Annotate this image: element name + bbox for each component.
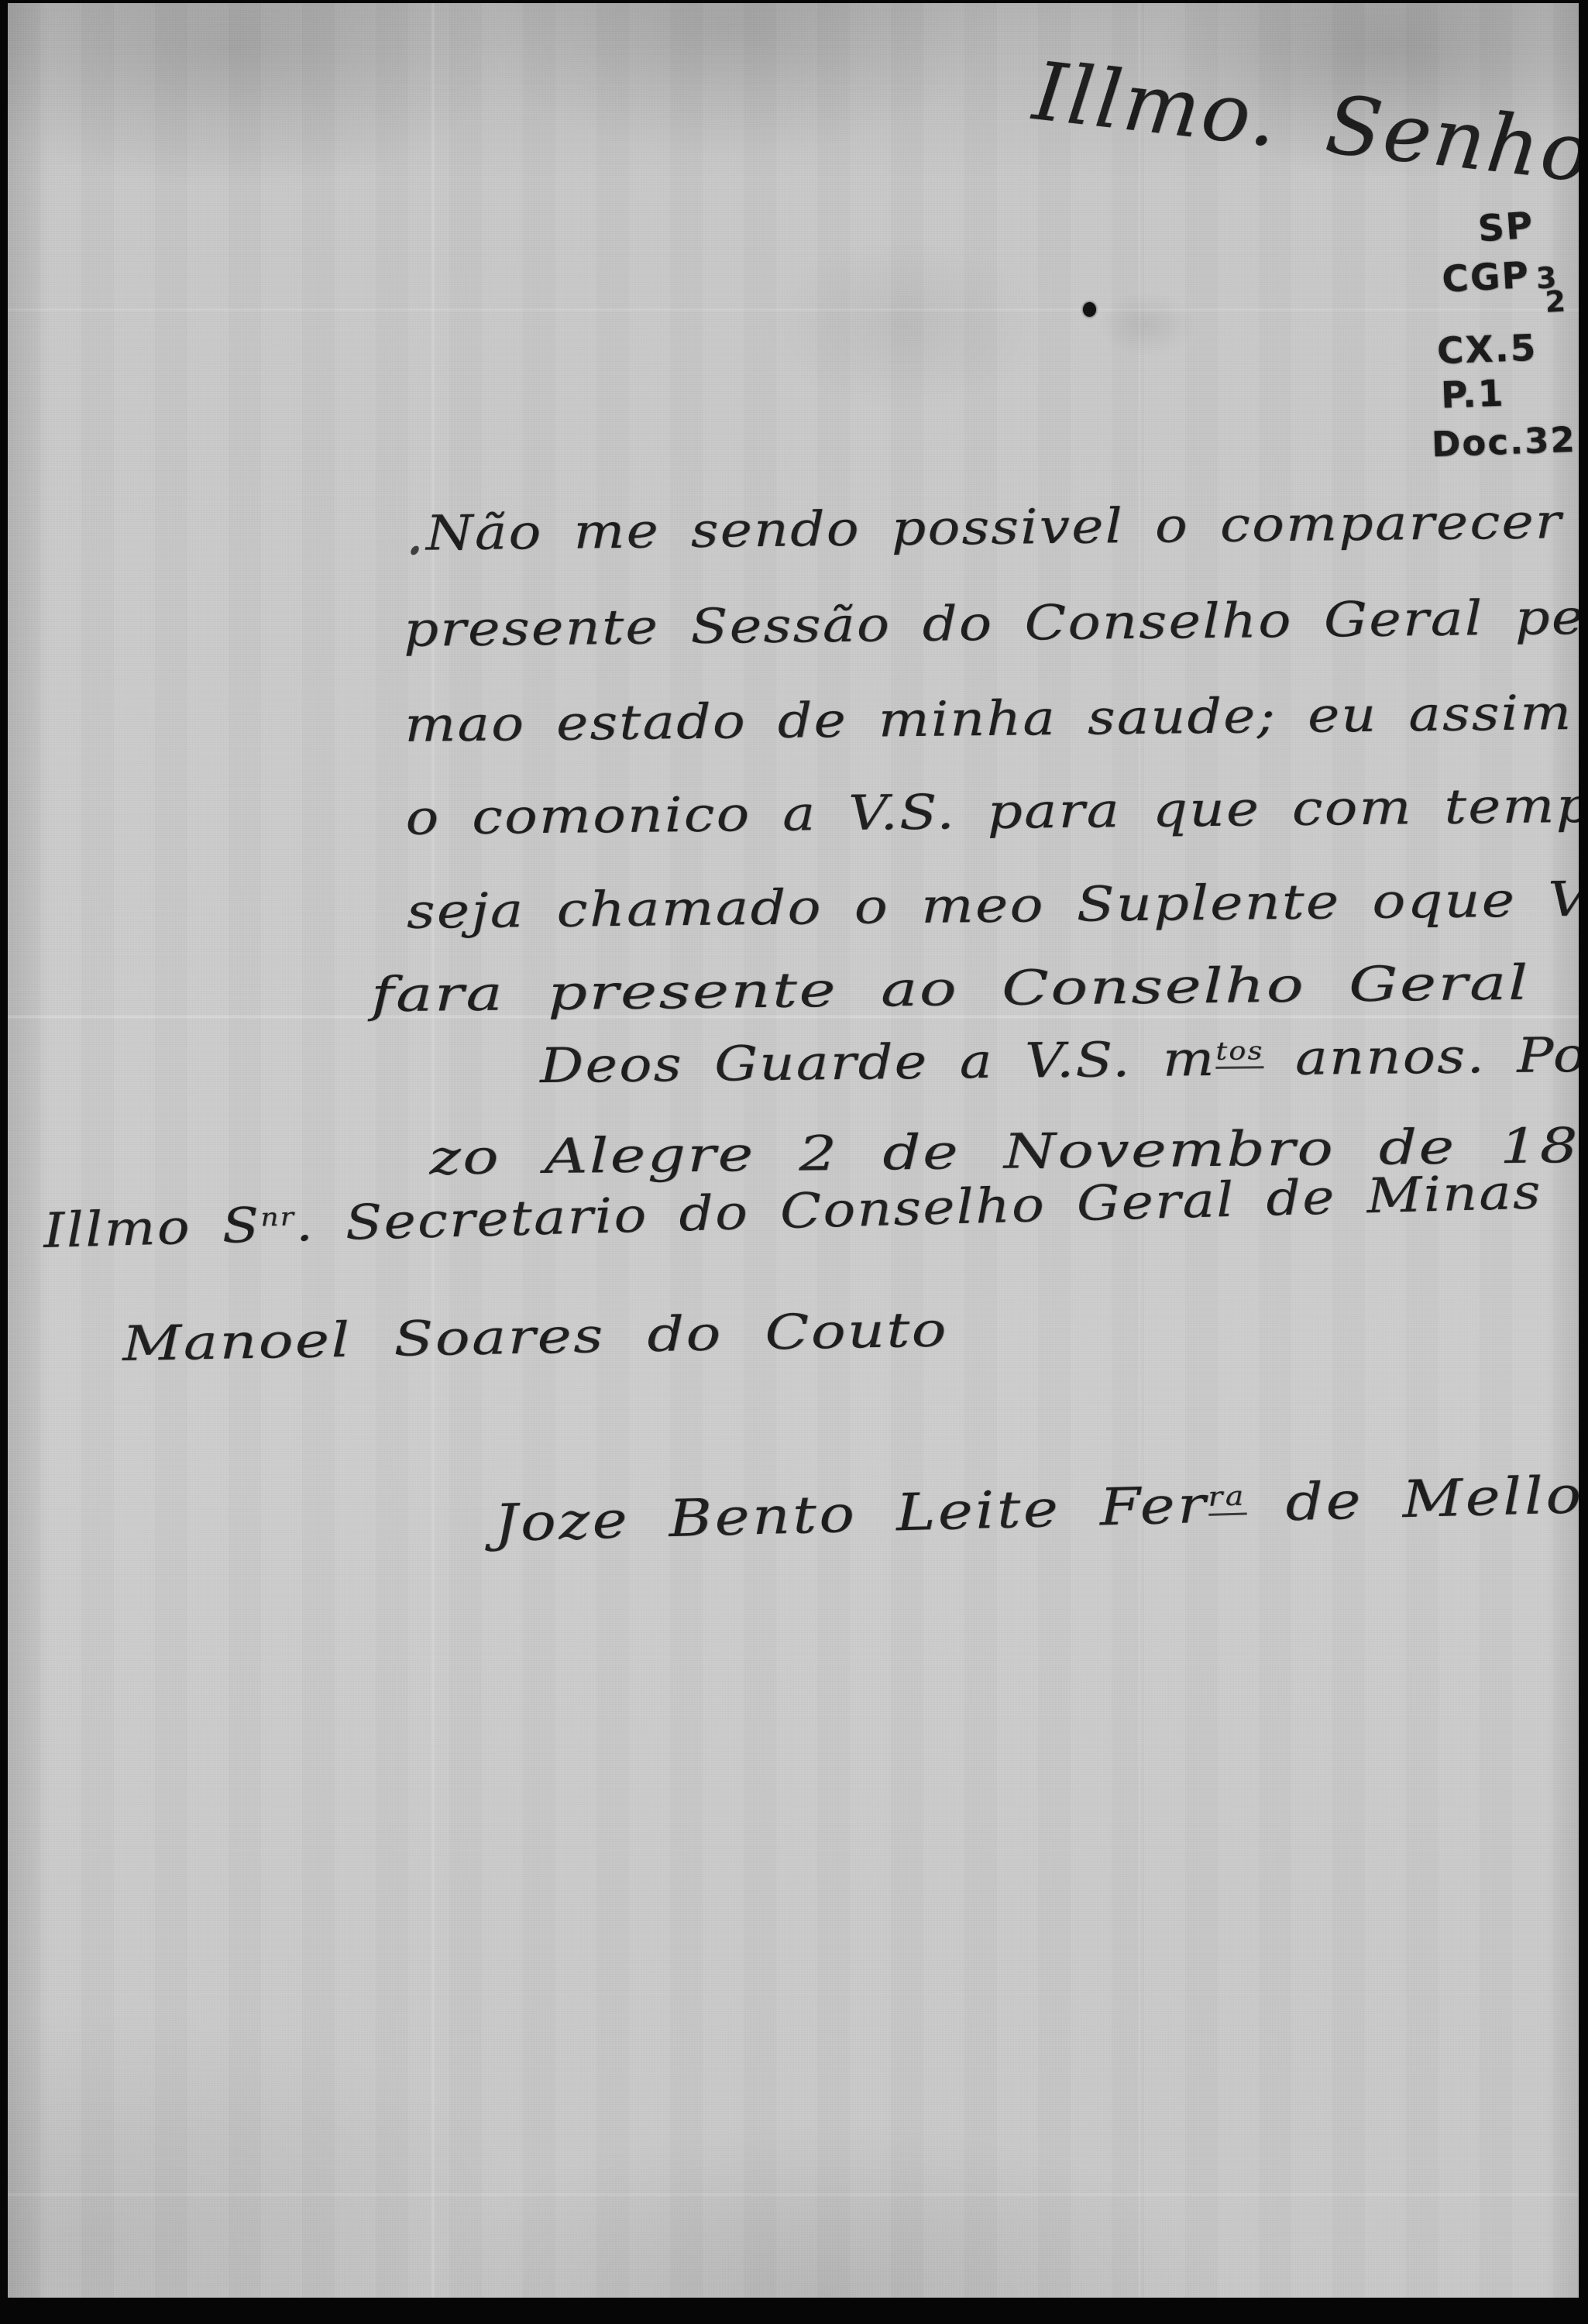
body-line: presente Sessão do Conselho Geral pelo <box>404 588 1579 658</box>
addressee-superscript: nr <box>260 1202 296 1232</box>
scan-background: { "salutation": "Illmo. Senhor", "archiv… <box>0 0 1588 2324</box>
letter-body: Não me sendo possivel o comparecer na pr… <box>8 3 1579 2298</box>
closing-line-1: Deos Guarde a V.S. mtos annos. Pou: <box>540 1026 1579 1094</box>
body-line: Não me sendo possivel o comparecer na <box>425 492 1579 562</box>
body-line: fara presente ao Conselho Geral <box>371 954 1531 1023</box>
addressee-title: Illmo S <box>43 1197 261 1259</box>
body-line: mao estado de minha saude; eu assim <box>404 684 1573 753</box>
closing-line-1-end: annos. Pou: <box>1263 1026 1579 1086</box>
signature-surname: de Mello <box>1246 1465 1579 1533</box>
body-line: seja chamado o meo Suplente oque V.S. <box>406 870 1579 940</box>
closing-superscript: tos <box>1215 1036 1263 1069</box>
closing-line-1-text: Deos Guarde a V.S. m <box>540 1030 1216 1094</box>
signature-superscript: ra <box>1208 1480 1246 1515</box>
body-line: o comonico a V.S. para que com tempo <box>405 776 1579 846</box>
paper-sheet: Illmo. Senhor SP CGP32 CX.5 P.1 Doc.32 N… <box>8 3 1579 2298</box>
